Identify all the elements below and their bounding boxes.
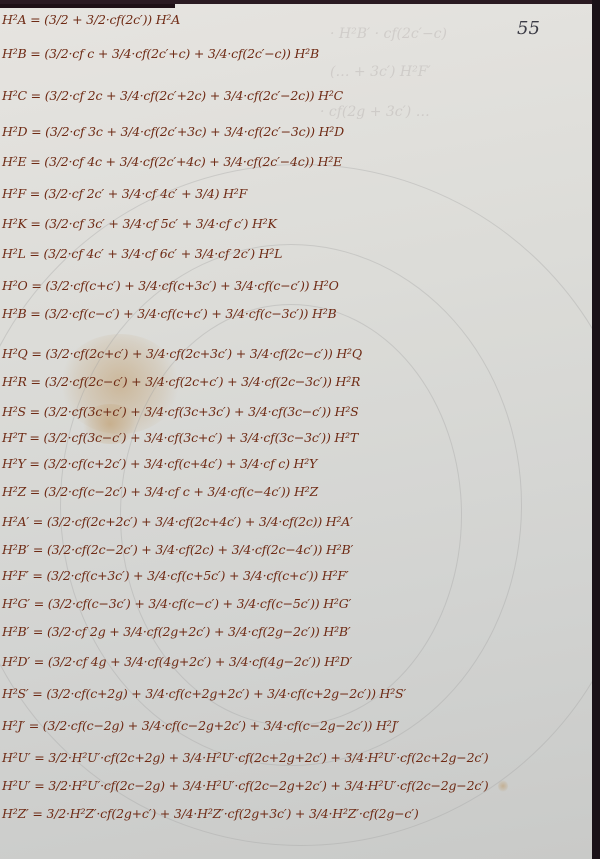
manuscript-page: · H²B′ · cf(2c′−c) (… + 3c′) H²F′ · cf(2… [0,4,592,859]
equation-rhs: (3/2·cf 4c + 3/4·cf(2c′+4c) + 3/4·cf(2c′… [44,154,342,169]
equation-rhs: (3/2·cf(c+2g) + 3/4·cf(c+2g+2c′) + 3/4·c… [46,686,406,701]
equation-rhs: (3/2·cf(c+3c′) + 3/4·cf(c+5c′) + 3/4·cf(… [46,568,348,583]
equation-lhs: H²Q = [2,346,42,361]
equation-lhs: H²S = [2,404,40,419]
equation-lhs: H²A = [2,12,40,27]
equation-lhs: H²F = [2,186,40,201]
equation-line: H²R = (3/2·cf(2c−c′) + 3/4·cf(2c+c′) + 3… [2,374,360,389]
equation-line: H²J′ = (3/2·cf(c−2g) + 3/4·cf(c−2g+2c′) … [2,718,399,733]
equation-lhs: H²K = [2,216,41,231]
equation-line: H²U′ = 3/2·H²U′·cf(2c+2g) + 3/4·H²U′·cf(… [2,750,488,765]
equation-lhs: H²O = [2,278,42,293]
equation-line: H²Q = (3/2·cf(2c+c′) + 3/4·cf(2c+3c′) + … [2,346,362,361]
equation-lhs: H²L = [2,246,40,261]
bleed-through-text: · cf(2g + 3c′) … [320,104,430,120]
equation-lhs: H²D′ = [2,654,44,669]
equation-line: H²Z = (3/2·cf(c−2c′) + 3/4·cf c + 3/4·cf… [2,484,318,499]
equation-line: H²D = (3/2·cf 3c + 3/4·cf(2c′+3c) + 3/4·… [2,124,344,139]
bleed-through-text: (… + 3c′) H²F′ [330,64,431,80]
equation-line: H²U′ = 3/2·H²U′·cf(2c−2g) + 3/4·H²U′·cf(… [2,778,488,793]
equation-lhs: H²S′ = [2,686,43,701]
equation-line: H²F = (3/2·cf 2c′ + 3/4·cf 4c′ + 3/4) H²… [2,186,247,201]
equation-rhs: (3/2·cf 2c + 3/4·cf(2c′+2c) + 3/4·cf(2c′… [45,88,343,103]
equation-line: H²F′ = (3/2·cf(c+3c′) + 3/4·cf(c+5c′) + … [2,568,349,583]
equation-line: H²O = (3/2·cf(c+c′) + 3/4·cf(c+3c′) + 3/… [2,278,339,293]
equation-lhs: H²D = [2,124,41,139]
equation-line: H²Y = (3/2·cf(c+2c′) + 3/4·cf(c+4c′) + 3… [2,456,317,471]
equation-rhs: (3/2 + 3/2·cf(2c′)) H²A [44,12,180,27]
equation-lhs: H²Y = [2,456,40,471]
equation-rhs: (3/2·cf(c+c′) + 3/4·cf(c+3c′) + 3/4·cf(c… [45,278,338,293]
equation-line: H²B = (3/2·cf(c−c′) + 3/4·cf(c+c′) + 3/4… [2,306,337,321]
equation-lhs: H²B = [2,46,41,61]
equation-line: H²G′ = (3/2·cf(c−3c′) + 3/4·cf(c−c′) + 3… [2,596,351,611]
equation-lhs: H²A′ = [2,514,43,529]
equation-lhs: H²U′ = [2,778,45,793]
equation-lhs: H²G′ = [2,596,44,611]
equation-rhs: (3/2·cf 2c′ + 3/4·cf 4c′ + 3/4) H²F [44,186,247,201]
equation-lhs: H²U′ = [2,750,45,765]
equation-lhs: H²C = [2,88,41,103]
equation-lhs: H²Z = [2,484,40,499]
equation-line: H²A = (3/2 + 3/2·cf(2c′)) H²A [2,12,180,27]
equation-lhs: H²F′ = [2,568,43,583]
equation-rhs: (3/2·cf(2c−c′) + 3/4·cf(2c+c′) + 3/4·cf(… [45,374,361,389]
equation-lhs: H²Z′ = [2,806,43,821]
equation-line: H²K = (3/2·cf 3c′ + 3/4·cf 5c′ + 3/4·cf … [2,216,277,231]
equation-lhs: H²J′ = [2,718,39,733]
equation-line: H²S = (3/2·cf(3c+c′) + 3/4·cf(3c+3c′) + … [2,404,359,419]
equation-rhs: (3/2·cf c + 3/4·cf(2c′+c) + 3/4·cf(2c′−c… [44,46,319,61]
equation-rhs: 3/2·H²U′·cf(2c+2g) + 3/4·H²U′·cf(2c+2g+2… [48,750,488,765]
bleed-through-text: · H²B′ · cf(2c′−c) [330,26,447,42]
equation-lhs: H²T = [2,430,40,445]
equation-lhs: H²B′ = [2,542,43,557]
equation-line: H²B′ = (3/2·cf 2g + 3/4·cf(2g+2c′) + 3/4… [2,624,351,639]
equation-rhs: (3/2·cf(2c−2c′) + 3/4·cf(2c) + 3/4·cf(2c… [47,542,353,557]
equation-line: H²B′ = (3/2·cf(2c−2c′) + 3/4·cf(2c) + 3/… [2,542,353,557]
equation-rhs: (3/2·cf 2g + 3/4·cf(2g+2c′) + 3/4·cf(2g−… [47,624,351,639]
equation-lhs: H²B′ = [2,624,43,639]
equation-line: H²B = (3/2·cf c + 3/4·cf(2c′+c) + 3/4·cf… [2,46,319,61]
equation-rhs: (3/2·cf(c+2c′) + 3/4·cf(c+4c′) + 3/4·cf … [43,456,317,471]
equation-rhs: (3/2·cf(c−2c′) + 3/4·cf c + 3/4·cf(c−4c′… [44,484,318,499]
equation-line: H²C = (3/2·cf 2c + 3/4·cf(2c′+2c) + 3/4·… [2,88,343,103]
equation-rhs: (3/2·cf(3c−c′) + 3/4·cf(3c+c′) + 3/4·cf(… [43,430,358,445]
equation-rhs: (3/2·cf 4g + 3/4·cf(4g+2c′) + 3/4·cf(4g−… [48,654,352,669]
equation-rhs: (3/2·cf(c−c′) + 3/4·cf(c+c′) + 3/4·cf(c−… [44,306,336,321]
equation-rhs: (3/2·cf 3c′ + 3/4·cf 5c′ + 3/4·cf c′) H²… [44,216,276,231]
equation-rhs: (3/2·cf(2c+c′) + 3/4·cf(2c+3c′) + 3/4·cf… [45,346,362,361]
equation-line: H²A′ = (3/2·cf(2c+2c′) + 3/4·cf(2c+4c′) … [2,514,353,529]
equation-rhs: 3/2·H²Z′·cf(2g+c′) + 3/4·H²Z′·cf(2g+3c′)… [46,806,418,821]
equation-rhs: (3/2·cf 3c + 3/4·cf(2c′+3c) + 3/4·cf(2c′… [45,124,344,139]
equation-rhs: (3/2·cf(2c+2c′) + 3/4·cf(2c+4c′) + 3/4·c… [47,514,353,529]
page-number: 55 [517,18,540,39]
scan-top-edge [0,4,175,8]
equation-lhs: H²R = [2,374,41,389]
equation-line: H²S′ = (3/2·cf(c+2g) + 3/4·cf(c+2g+2c′) … [2,686,406,701]
equation-line: H²D′ = (3/2·cf 4g + 3/4·cf(4g+2c′) + 3/4… [2,654,352,669]
equation-line: H²E = (3/2·cf 4c + 3/4·cf(2c′+4c) + 3/4·… [2,154,342,169]
equation-rhs: (3/2·cf(c−3c′) + 3/4·cf(c−c′) + 3/4·cf(c… [48,596,351,611]
equation-lhs: H²E = [2,154,40,169]
equation-line: H²L = (3/2·cf 4c′ + 3/4·cf 6c′ + 3/4·cf … [2,246,282,261]
equation-line: H²Z′ = 3/2·H²Z′·cf(2g+c′) + 3/4·H²Z′·cf(… [2,806,419,821]
equation-line: H²T = (3/2·cf(3c−c′) + 3/4·cf(3c+c′) + 3… [2,430,358,445]
equation-rhs: 3/2·H²U′·cf(2c−2g) + 3/4·H²U′·cf(2c−2g+2… [48,778,488,793]
equation-rhs: (3/2·cf(3c+c′) + 3/4·cf(3c+3c′) + 3/4·cf… [44,404,359,419]
equation-lhs: H²B = [2,306,41,321]
scan-right-edge [592,0,600,859]
equation-rhs: (3/2·cf(c−2g) + 3/4·cf(c−2g+2c′) + 3/4·c… [43,718,399,733]
equation-rhs: (3/2·cf 4c′ + 3/4·cf 6c′ + 3/4·cf 2c′) H… [43,246,282,261]
